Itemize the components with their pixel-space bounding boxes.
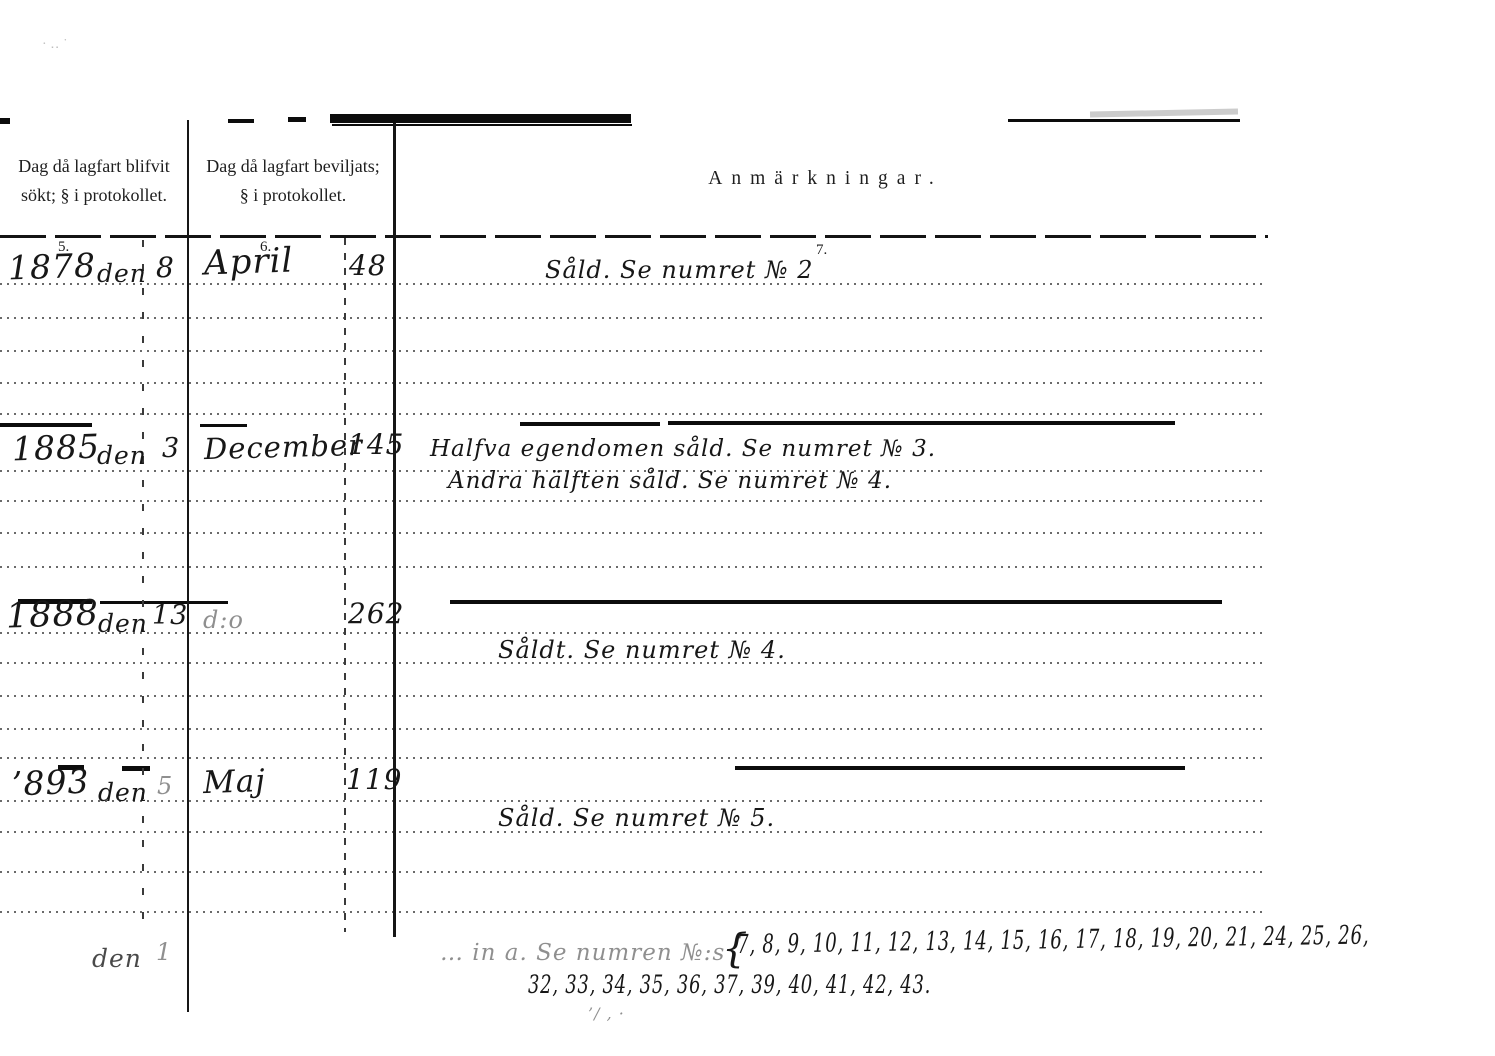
entry-day: 8: [156, 251, 175, 284]
entry-den-label: den: [92, 944, 142, 973]
column-rule-solid: [393, 123, 396, 937]
entry-day: 3: [162, 433, 180, 464]
entry-number-list-line2: 32, 33, 34, 35, 36, 37, 39, 40, 41, 42, …: [528, 970, 931, 999]
ruled-dotted-line: [0, 871, 1262, 873]
entry-year: 1888: [5, 593, 99, 636]
column-header-sokt-line1: Dag då lagfart blifvit: [2, 152, 186, 181]
entry-den-label: den: [97, 259, 147, 288]
column-header-beviljats: Dag då lagfart beviljats; § i protokolle…: [194, 152, 392, 210]
ruled-dotted-line: [0, 500, 1262, 502]
column-header-sokt-line2: sökt; § i protokollet.: [2, 181, 186, 210]
separator-line: [330, 114, 631, 123]
separator-line: [288, 117, 306, 122]
column-header-sokt: Dag då lagfart blifvit sökt; § i protoko…: [2, 152, 186, 210]
ruled-dotted-line: [0, 728, 1262, 730]
entry-paragraph: 262: [348, 597, 404, 630]
entry-month-ditto: d:o: [203, 606, 244, 634]
entry-month: April: [203, 240, 294, 283]
column-rule-dashed: [344, 238, 346, 932]
ruled-dotted-line: [0, 695, 1262, 697]
ruled-dotted-line: [0, 413, 1262, 415]
document-page: · ‥ ˙ Dag då lagfart blifvit sökt; § i p…: [0, 0, 1495, 1056]
entry-den-label: den: [98, 778, 148, 807]
entry-remark-faded: … in a. Se numren №:s: [440, 940, 725, 966]
column-number-7: 7.: [816, 242, 827, 259]
separator-line: [735, 766, 1185, 770]
column-header-beviljats-line2: § i protokollet.: [194, 181, 392, 210]
entry-paragraph: 145: [348, 428, 404, 461]
entry-paragraph: 119: [346, 763, 402, 796]
header-rule-line: [0, 235, 1268, 238]
ink-speckles: · ‥ ˙: [42, 36, 68, 53]
entry-remark: Såldt. Se numret № 4.: [498, 636, 786, 664]
entry-remark: Halfva egendomen såld. Se numret № 3.: [430, 436, 936, 462]
separator-line: [520, 422, 660, 426]
ink-speckles: ’/ , ·: [588, 1004, 625, 1023]
column-rule-dashed: [142, 240, 144, 932]
separator-line: [450, 600, 1222, 604]
entry-remark: Andra hälften såld. Se numret № 4.: [448, 468, 892, 494]
separator-line: [228, 119, 254, 123]
entry-remark: Såld. Se numret № 2: [545, 256, 814, 284]
entry-den-label: den: [97, 441, 147, 470]
entry-paragraph: 48: [349, 249, 387, 282]
entry-month: December: [204, 428, 364, 466]
ruled-dotted-line: [0, 382, 1262, 384]
separator-line: [332, 124, 632, 126]
ruled-dotted-line: [0, 566, 1262, 568]
separator-line: [200, 424, 247, 427]
column-header-anmarkningar: Anmärkningar.: [593, 168, 1058, 190]
entry-day: 5: [157, 772, 173, 800]
entry-day: 13: [152, 600, 188, 631]
ruled-dotted-line: [0, 757, 1262, 759]
entry-year: 1885: [11, 426, 100, 468]
ruled-dotted-line: [0, 800, 1262, 802]
entry-year: 1878: [7, 245, 96, 287]
separator-line: [668, 421, 1175, 425]
entry-number-list-line1: 7, 8, 9, 10, 11, 12, 13, 14, 15, 16, 17,…: [737, 921, 1369, 960]
column-header-beviljats-line1: Dag då lagfart beviljats;: [194, 152, 392, 181]
separator-line: [122, 766, 150, 771]
entry-month: Maj: [202, 763, 266, 801]
entry-day: 1: [156, 938, 172, 966]
separator-line: [1008, 119, 1240, 122]
scan-smudge: [1090, 108, 1238, 117]
ruled-dotted-line: [0, 532, 1262, 534]
ruled-dotted-line: [0, 317, 1262, 319]
entry-year: ’893: [11, 762, 90, 804]
entry-den-label: den: [98, 609, 148, 638]
ruled-dotted-line: [0, 350, 1262, 352]
entry-remark: Såld. Se numret № 5.: [498, 804, 775, 832]
ruled-dotted-line: [0, 911, 1262, 913]
ruled-dotted-line: [0, 632, 1262, 634]
separator-line: [0, 118, 10, 124]
column-rule-solid: [187, 120, 189, 1012]
